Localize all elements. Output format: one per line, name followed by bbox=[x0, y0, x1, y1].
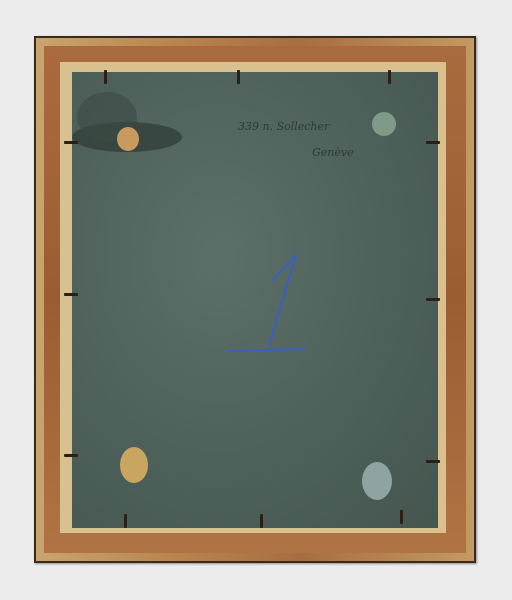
paper-tear bbox=[120, 447, 148, 483]
frame-nail bbox=[388, 70, 391, 84]
label-remnant bbox=[372, 112, 396, 136]
frame-nail bbox=[400, 510, 403, 524]
frame-nail bbox=[426, 141, 440, 144]
frame-nail bbox=[124, 514, 127, 528]
frame-nail bbox=[104, 70, 107, 84]
frame-nail bbox=[237, 70, 240, 84]
frame-nail bbox=[426, 460, 440, 463]
inscription-line-2: Genève bbox=[312, 146, 354, 159]
inscription-line-1: 339 n. Sollecher bbox=[238, 120, 329, 133]
picture-frame: 339 n. Sollecher Genève bbox=[34, 36, 476, 563]
frame-nail bbox=[64, 293, 78, 296]
paper-tear bbox=[117, 127, 139, 151]
frame-nail bbox=[260, 514, 263, 528]
paper-tear bbox=[362, 462, 392, 500]
blue-number-mark bbox=[224, 251, 314, 361]
frame-nail bbox=[64, 454, 78, 457]
frame-nail bbox=[64, 141, 78, 144]
frame-nail bbox=[426, 298, 440, 301]
